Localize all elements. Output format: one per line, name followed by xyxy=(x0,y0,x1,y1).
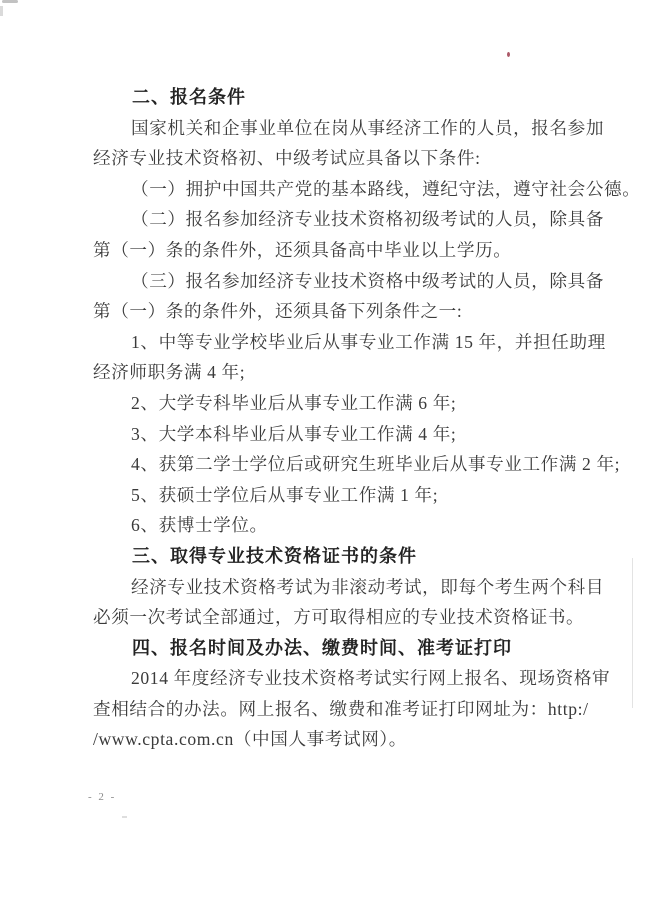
section-heading-text: 二、报名条件 xyxy=(93,82,598,113)
paragraph: （二）报名参加经济专业技术资格初级考试的人员，除具备 第（一）条的条件外，还须具… xyxy=(93,204,598,265)
body-text-line: 1、中等专业学校毕业后从事专业工作满 15 年，并担任助理 xyxy=(93,327,598,358)
scanned-document-page: 二、报名条件 国家机关和企事业单位在岗从事经济工作的人员，报名参加 经济专业技术… xyxy=(0,0,650,919)
list-item-1: 1、中等专业学校毕业后从事专业工作满 15 年，并担任助理 经济师职务满 4 年… xyxy=(93,327,598,388)
body-text-line: 国家机关和企事业单位在岗从事经济工作的人员，报名参加 xyxy=(93,113,598,144)
body-text-line: 经济师职务满 4 年; xyxy=(93,357,598,388)
paragraph: 国家机关和企事业单位在岗从事经济工作的人员，报名参加 经济专业技术资格初、中级考… xyxy=(93,113,598,174)
red-ink-dot-artifact xyxy=(507,52,510,57)
section-heading-text: 三、取得专业技术资格证书的条件 xyxy=(93,541,598,572)
body-text-line: 3、大学本科毕业后从事专业工作满 4 年; xyxy=(93,419,598,450)
body-text-line: 经济专业技术资格初、中级考试应具备以下条件: xyxy=(93,143,598,174)
list-item-5: 5、获硕士学位后从事专业工作满 1 年; xyxy=(93,480,598,511)
body-text-line: （二）报名参加经济专业技术资格初级考试的人员，除具备 xyxy=(93,204,598,235)
body-text-line: 2、大学专科毕业后从事专业工作满 6 年; xyxy=(93,388,598,419)
paragraph: （三）报名参加经济专业技术资格中级考试的人员，除具备 第（一）条的条件外，还须具… xyxy=(93,266,598,327)
body-text-line: 必须一次考试全部通过，方可取得相应的专业技术资格证书。 xyxy=(93,602,598,633)
list-item-3: 3、大学本科毕业后从事专业工作满 4 年; xyxy=(93,419,598,450)
body-text-line: 6、获博士学位。 xyxy=(93,510,598,541)
section-heading-4: 四、报名时间及办法、缴费时间、准考证打印 xyxy=(93,633,598,664)
list-item-4: 4、获第二学士学位后或研究生班毕业后从事专业工作满 2 年; xyxy=(93,449,598,480)
body-text-line: 第（一）条的条件外，还须具备下列条件之一: xyxy=(93,296,598,327)
body-text-line: /www.cpta.com.cn（中国人事考试网）。 xyxy=(93,724,598,755)
list-item-2: 2、大学专科毕业后从事专业工作满 6 年; xyxy=(93,388,598,419)
body-text-line: 查相结合的办法。网上报名、缴费和准考证打印网址为：http:/ xyxy=(93,694,598,725)
body-text-line: （一）拥护中国共产党的基本路线，遵纪守法，遵守社会公德。 xyxy=(93,174,598,205)
paragraph: 2014 年度经济专业技术资格考试实行网上报名、现场资格审 查相结合的办法。网上… xyxy=(93,663,598,755)
paragraph: （一）拥护中国共产党的基本路线，遵纪守法，遵守社会公德。 xyxy=(93,174,598,205)
section-heading-3: 三、取得专业技术资格证书的条件 xyxy=(93,541,598,572)
body-text-line: 4、获第二学士学位后或研究生班毕业后从事专业工作满 2 年; xyxy=(93,449,598,480)
section-heading-2: 二、报名条件 xyxy=(93,82,598,113)
page-number: - 2 - xyxy=(88,791,116,803)
scan-smudge-artifact xyxy=(2,0,18,3)
body-text-line: 第（一）条的条件外，还须具备高中毕业以上学历。 xyxy=(93,235,598,266)
body-text-line: 5、获硕士学位后从事专业工作满 1 年; xyxy=(93,480,598,511)
list-item-6: 6、获博士学位。 xyxy=(93,510,598,541)
body-text-line: 经济专业技术资格考试为非滚动考试，即每个考生两个科目 xyxy=(93,572,598,603)
paragraph: 经济专业技术资格考试为非滚动考试，即每个考生两个科目 必须一次考试全部通过，方可… xyxy=(93,572,598,633)
scan-smudge-artifact xyxy=(0,6,3,16)
document-body: 二、报名条件 国家机关和企事业单位在岗从事经济工作的人员，报名参加 经济专业技术… xyxy=(93,82,598,755)
body-text-line: 2014 年度经济专业技术资格考试实行网上报名、现场资格审 xyxy=(93,663,598,694)
scan-line-artifact xyxy=(632,558,633,708)
scan-speck-artifact xyxy=(122,816,127,818)
section-heading-text: 四、报名时间及办法、缴费时间、准考证打印 xyxy=(93,633,598,664)
body-text-line: （三）报名参加经济专业技术资格中级考试的人员，除具备 xyxy=(93,266,598,297)
